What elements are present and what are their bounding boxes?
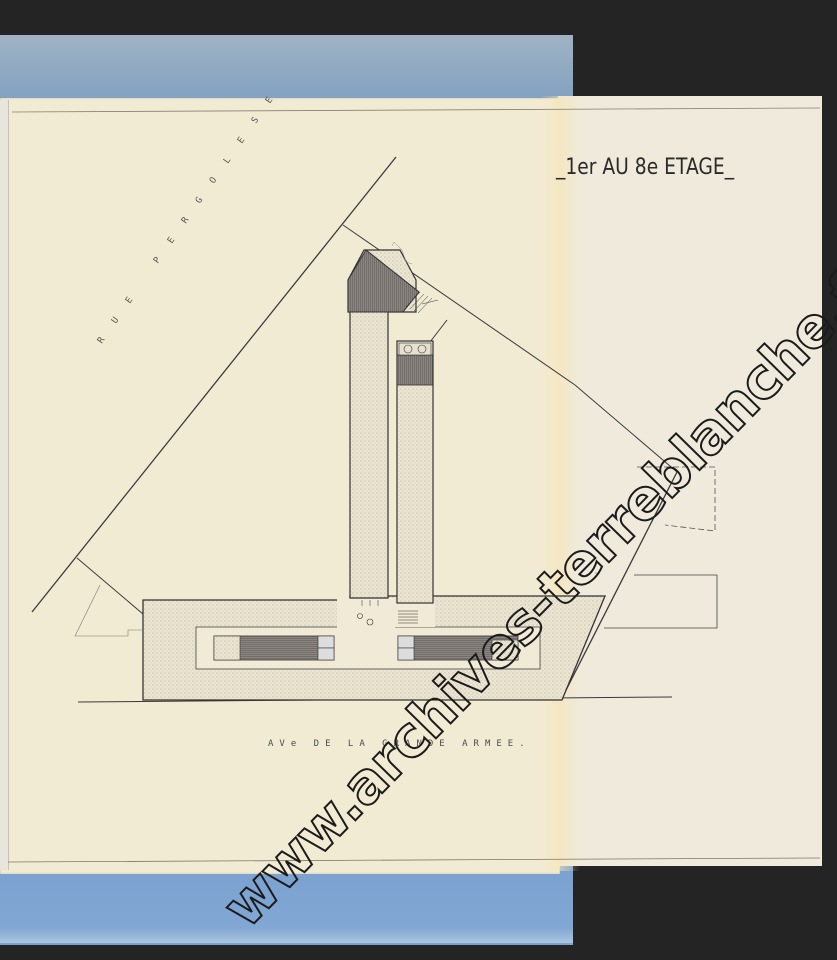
floor-plan-drawing — [0, 0, 837, 960]
drawing-title: _1er AU 8e ETAGE_ — [556, 155, 734, 180]
